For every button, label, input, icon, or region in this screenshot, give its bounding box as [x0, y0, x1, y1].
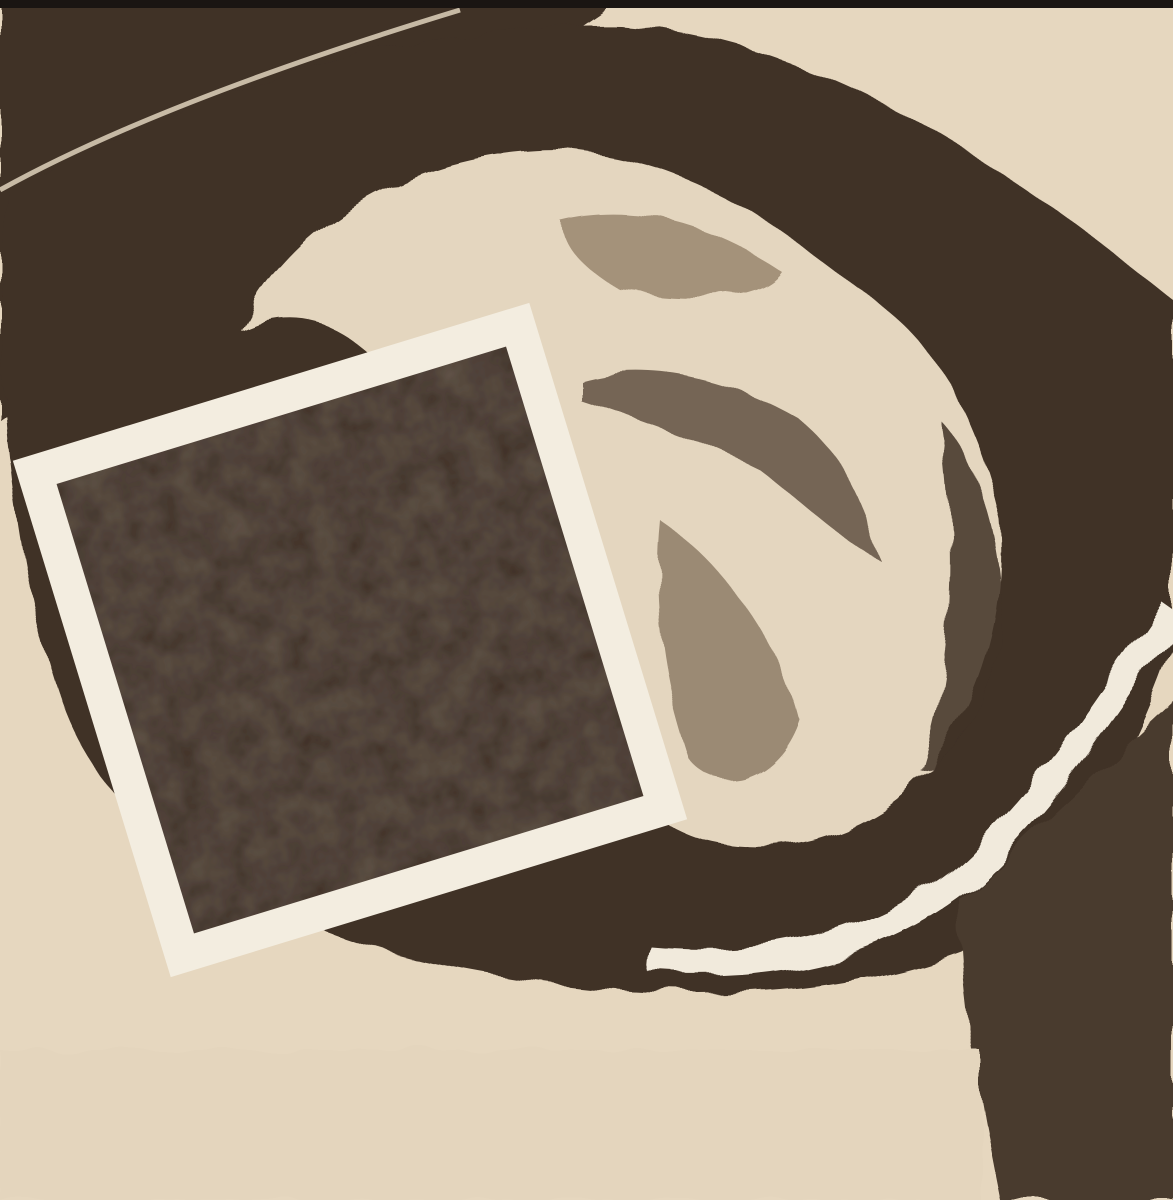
artwork-canvas: Sepia-toned abstract collage: dark tilte… — [0, 0, 1173, 1200]
artwork-image — [0, 0, 1173, 1200]
bottom-light — [0, 1050, 980, 1200]
top-bar — [0, 0, 1173, 8]
